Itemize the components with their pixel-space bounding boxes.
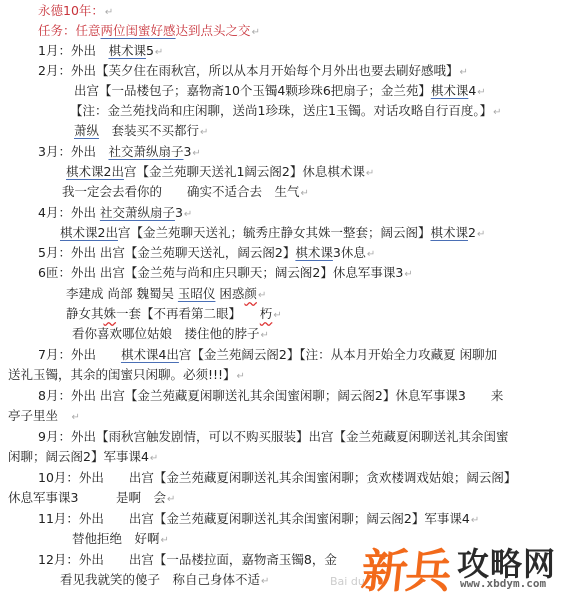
month-8-line: 8月：外出 出宫【金兰苑藏夏闲聊送礼其余闺蜜闲聊；阔云阁2】休息军事课3 来: [38, 387, 503, 405]
month-6-line: 6匝：外出 出宫【金兰苑与尚和庄只聊天；阔云阁2】休息军事课3↵: [38, 264, 413, 284]
month-9-line: 9月：外出【雨秋宫触发剧情，可以不购买服装】出宫【金兰苑藏夏闲聊送礼其余闺蜜: [38, 428, 508, 446]
document-page: 永德10年：↵ 任务：任意两位闺蜜好感达到点头之交↵ 1月：外出 棋术课5↵ 2…: [0, 0, 580, 597]
task-label: 任务：: [38, 23, 76, 38]
month-11-line: 11月：外出 出宫【金兰苑藏夏闲聊送礼其余闺蜜闲聊；阔云阁2】军事课4↵: [38, 510, 479, 530]
month-10-cont: 休息军事课3 是啊 会↵: [8, 489, 175, 509]
month-3-dialogue: 我一定会去看你的 确实不适合去 生气↵: [62, 183, 309, 203]
month-5-line: 5月：外出 出宫【金兰苑聊天送礼，阔云阁2】棋术课3休息↵: [38, 244, 375, 264]
month-2-line: 2月：外出【芙夕住在雨秋宫，所以从本月开始每个月外出也要去刷好感哦】↵: [38, 62, 468, 82]
month-12-line: 12月：外出 出宫【一品楼拉面，嘉物斋玉镯8，金: [38, 551, 337, 569]
site-watermark: 新兵 攻略网 www.xbdym.com: [362, 535, 577, 597]
month-12-dialogue: 看见我就笑的傻子 称自己身体不适↵: [60, 571, 269, 591]
month-1-line: 1月：外出 棋术课5↵: [38, 42, 163, 62]
year-heading: 永德10年：↵: [38, 2, 113, 22]
paragraph-mark: ↵: [105, 7, 113, 18]
next-year-heading-cut: [38, 591, 42, 597]
month-2-note: 【注：金兰苑找尚和庄闲聊，送尚1珍珠，送庄1玉镯。对话攻略自行百度。】↵: [70, 102, 502, 122]
task-text-end: 达到点头之交: [176, 23, 251, 38]
paragraph-mark: ↵: [252, 27, 260, 38]
month-2-outing: 出宫【一品楼包子；嘉物斋10个玉镯4颗珍珠6把扇子；金兰苑】棋术课4↵: [74, 82, 486, 102]
month-6-outfit: 静女其姝一套【不再看第二眼】 朽↵: [66, 305, 282, 325]
month-10-line: 10月：外出 出宫【金兰苑藏夏闲聊送礼其余闺蜜闲聊；贪欢楼调戏姑娘；阔云阁】: [38, 469, 516, 487]
month-9-cont: 闲聊；阔云阁2】军事课4↵: [8, 448, 158, 468]
month-7-cont: 送礼玉镯，其余的闺蜜只闲聊。必须!!!】↵: [8, 366, 245, 386]
month-4-detail: 棋术课2出宫【金兰苑聊天送礼；毓秀庄静女其姝一整套；阔云阁】棋术课2↵: [60, 224, 485, 244]
month-6-dialogue: 看你喜欢哪位姑娘 搂住他的脖子↵: [72, 325, 269, 345]
month-3-line: 3月：外出 社交萧纵扇子3↵: [38, 143, 201, 163]
year-title: 永德10年：: [38, 3, 104, 18]
brand-url: www.xbdym.com: [460, 577, 546, 590]
brand-logo-chars: 新兵: [359, 535, 454, 597]
month-8-cont: 亭子里坐 ↵: [8, 407, 80, 427]
month-3-detail: 棋术课2出宫【金兰苑聊天送礼1阔云阁2】休息棋术课↵: [66, 163, 374, 183]
month-4-line: 4月：外出 社交萧纵扇子3↵: [38, 204, 192, 224]
month-6-names: 李建成 尚部 魏蜀吴 玉昭仪 困惑颜↵: [66, 285, 266, 305]
month-7-line: 7月：外出 棋术课4出宫【金兰苑阔云阁2】【注：从本月开始全力攻藏夏 闲聊加: [38, 346, 497, 364]
task-underlined: 两位闺蜜好感: [101, 23, 176, 38]
month-2-outfit: 萧纵 套装买不买都行↵: [74, 122, 208, 142]
task-line: 任务：任意两位闺蜜好感达到点头之交↵: [38, 22, 260, 42]
task-text: 任意: [76, 23, 101, 38]
month-11-dialogue: 替他拒绝 好啊↵: [72, 530, 169, 550]
